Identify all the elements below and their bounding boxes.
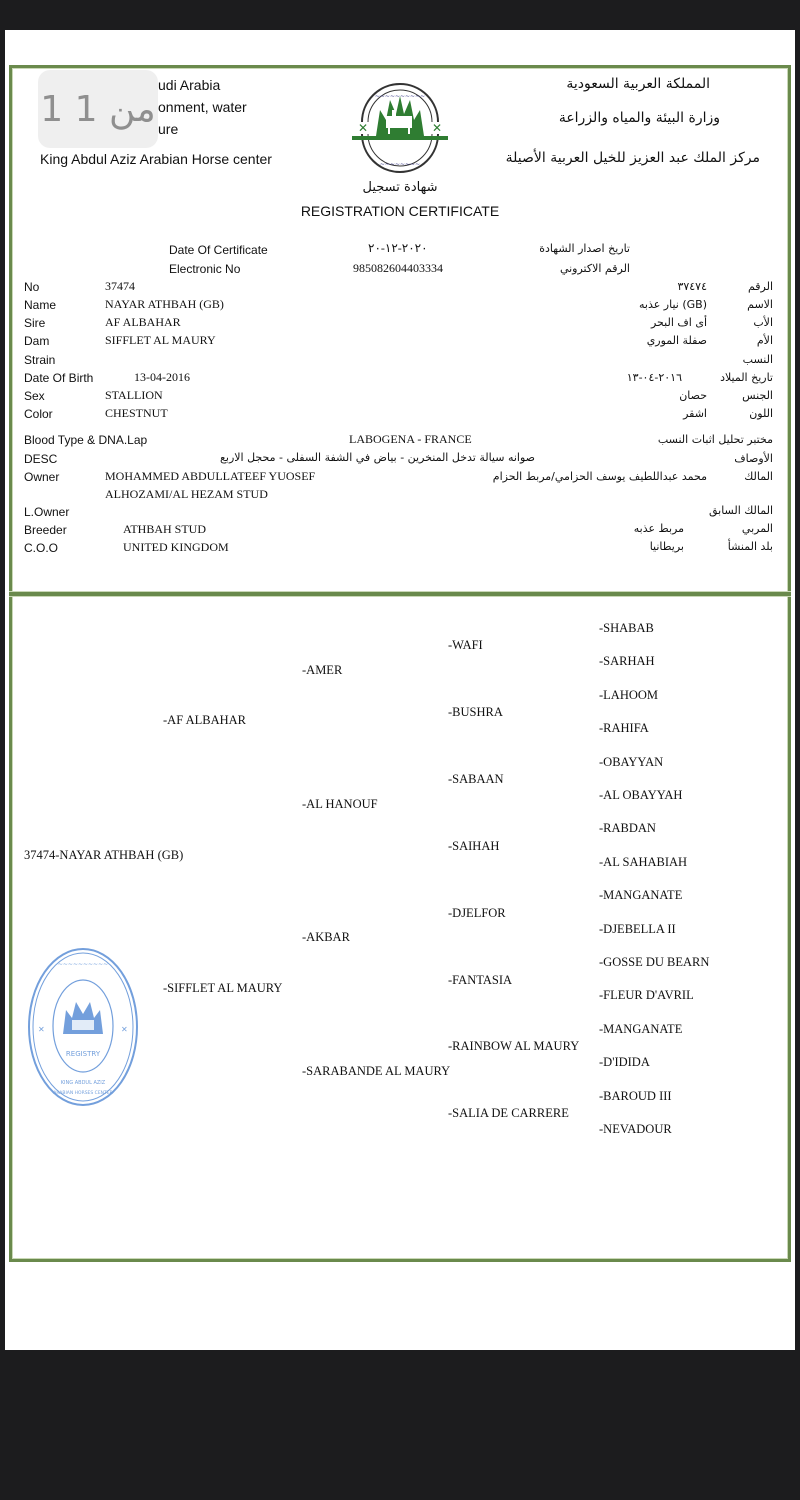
name-label: Name: [24, 298, 56, 312]
pedigree-gen2-item: -AKBAR: [302, 930, 350, 945]
coo-value: UNITED KINGDOM: [123, 540, 229, 555]
desc-label: DESC: [24, 452, 57, 466]
pedigree-gen2-item: -SARABANDE AL MAURY: [302, 1064, 450, 1079]
desc-value-ar: صوانه سيالة تدخل المنخرين - بياض في الشف…: [220, 451, 535, 464]
blood-type-label-ar: مختبر تحليل اثبات النسب: [658, 433, 773, 446]
section-divider: [9, 592, 791, 596]
pedigree-gen3-item: -BUSHRA: [448, 705, 503, 720]
title-en: REGISTRATION CERTIFICATE: [0, 203, 800, 219]
pedigree-gen4-item: -BAROUD III: [599, 1089, 672, 1104]
pedigree-gen3-item: -WAFI: [448, 638, 483, 653]
sex-label-ar: الجنس: [742, 389, 773, 402]
no-value: 37474: [105, 279, 135, 294]
date-of-certificate-label: Date Of Certificate: [169, 243, 268, 257]
dam-label: Dam: [24, 334, 49, 348]
breeder-value: ATHBAH STUD: [123, 522, 206, 537]
pedigree-subject: 37474-NAYAR ATHBAH (GB): [24, 848, 183, 863]
pedigree-gen4-item: -AL SAHABIAH: [599, 855, 687, 870]
pedigree-gen4-item: -D'IDIDA: [599, 1055, 650, 1070]
svg-text:✕: ✕: [358, 121, 368, 135]
header-en-line-2: onment, water: [158, 99, 247, 115]
owner-value-line-2: ALHOZAMI/AL HEZAM STUD: [105, 487, 268, 502]
color-label: Color: [24, 407, 53, 421]
pedigree-gen3-item: -RAINBOW AL MAURY: [448, 1039, 579, 1054]
color-label-ar: اللون: [749, 407, 773, 420]
coo-value-ar: بريطانيا: [650, 540, 684, 553]
header-ar-line-1: المملكة العربية السعودية: [566, 76, 710, 92]
header-en-line-3: ure: [158, 121, 178, 137]
no-label: No: [24, 280, 39, 294]
pedigree-gen4-item: -GOSSE DU BEARN: [599, 955, 709, 970]
owner-label: Owner: [24, 470, 59, 484]
blood-type-label: Blood Type & DNA.Lap: [24, 433, 147, 447]
pedigree-gen4-item: -SARHAH: [599, 654, 655, 669]
pedigree-gen1-item: -AF ALBAHAR: [163, 713, 246, 728]
name-value: NAYAR ATHBAH (GB): [105, 297, 224, 312]
pedigree-gen4-item: -MANGANATE: [599, 888, 682, 903]
svg-text:KING ABDUL AZIZ: KING ABDUL AZIZ: [61, 1080, 106, 1086]
svg-text:✕: ✕: [38, 1025, 45, 1034]
blood-type-value: LABOGENA - FRANCE: [349, 432, 472, 447]
svg-text:~~~~~~~~: ~~~~~~~~: [380, 161, 420, 168]
sex-value: STALLION: [105, 388, 163, 403]
svg-text:✕: ✕: [432, 121, 442, 135]
strain-label: Strain: [24, 353, 55, 367]
owner-label-ar: المالك: [744, 470, 773, 483]
sire-value-ar: أى اف البحر: [651, 316, 707, 329]
sire-label: Sire: [24, 316, 45, 330]
pedigree-gen1-item: -SIFFLET AL MAURY: [163, 981, 282, 996]
page-indicator-badge: 1 من 1: [38, 70, 158, 148]
header-en-center-name: King Abdul Aziz Arabian Horse center: [40, 151, 272, 167]
svg-text:✕: ✕: [121, 1025, 128, 1034]
date-of-certificate-label-ar: تاريخ اصدار الشهادة: [539, 242, 630, 255]
pedigree-gen4-item: -NEVADOUR: [599, 1122, 672, 1137]
pedigree-gen4-item: -DJEBELLA II: [599, 922, 676, 937]
date-of-certificate-value: ٢٠٢٠-١٢-٢٠: [368, 241, 428, 256]
breeder-label: Breeder: [24, 523, 67, 537]
pedigree-gen3-item: -FANTASIA: [448, 973, 512, 988]
header-ar-line-3: مركز الملك عبد العزيز للخيل العربية الأص…: [506, 150, 760, 166]
svg-text:ARABIAN HORSES CENTER: ARABIAN HORSES CENTER: [53, 1090, 113, 1096]
dam-value-ar: صفلة الموري: [647, 334, 707, 347]
pedigree-gen4-item: -AL OBAYYAH: [599, 788, 682, 803]
pedigree-gen4-item: -LAHOOM: [599, 688, 658, 703]
no-value-ar: ٣٧٤٧٤: [677, 280, 707, 293]
svg-text:~~~~~~~~~~: ~~~~~~~~~~: [58, 961, 108, 968]
l-owner-label: L.Owner: [24, 505, 69, 519]
sire-label-ar: الأب: [753, 316, 773, 329]
pedigree-gen2-item: -AL HANOUF: [302, 797, 378, 812]
header-ar-line-2: وزارة البيئة والمياه والزراعة: [559, 110, 720, 126]
pedigree-gen3-item: -SALIA DE CARRERE: [448, 1106, 569, 1121]
name-label-ar: الاسم: [747, 298, 773, 311]
sex-label: Sex: [24, 389, 45, 403]
sex-value-ar: حصان: [679, 389, 707, 402]
dam-label-ar: الأم: [757, 334, 773, 347]
coo-label: C.O.O: [24, 541, 58, 555]
pedigree-gen2-item: -AMER: [302, 663, 342, 678]
pedigree-gen4-item: -MANGANATE: [599, 1022, 682, 1037]
color-value-ar: اشقر: [683, 407, 707, 420]
pedigree-gen4-item: -OBAYYAN: [599, 755, 663, 770]
electronic-no-value: 985082604403334: [353, 261, 443, 276]
pedigree-gen3-item: -DJELFOR: [448, 906, 506, 921]
dob-label: Date Of Birth: [24, 371, 93, 385]
color-value: CHESTNUT: [105, 406, 168, 421]
owner-value-ar: محمد عبداللطيف يوسف الحزامي/مربط الحزام: [493, 470, 707, 483]
owner-value-line-1: MOHAMMED ABDULLATEEF YUOSEF: [105, 469, 315, 484]
breeder-value-ar: مربط عذبه: [634, 522, 684, 535]
pedigree-gen3-item: -SAIHAH: [448, 839, 499, 854]
registry-stamp-icon: REGISTRY ✕ ✕ ~~~~~~~~~~ KING ABDUL AZIZ …: [26, 946, 140, 1108]
l-owner-label-ar: المالك السابق: [709, 504, 773, 517]
pedigree-gen4-item: -RABDAN: [599, 821, 656, 836]
pedigree-gen4-item: -FLEUR D'AVRIL: [599, 988, 694, 1003]
pedigree-gen3-item: -SABAAN: [448, 772, 504, 787]
dob-value: 13-04-2016: [134, 370, 190, 385]
name-value-ar: (GB) نيار عذبه: [639, 298, 707, 311]
title-ar: شهادة تسجيل: [0, 180, 800, 195]
coo-label-ar: بلد المنشأ: [728, 540, 773, 553]
header-en-line-1: udi Arabia: [158, 77, 220, 93]
pedigree-gen4-item: -RAHIFA: [599, 721, 649, 736]
electronic-no-label: Electronic No: [169, 262, 240, 276]
dam-value: SIFFLET AL MAURY: [105, 333, 216, 348]
sire-value: AF ALBAHAR: [105, 315, 181, 330]
dob-value-ar: ٢٠١٦-٠٤-١٣: [627, 371, 682, 384]
dob-label-ar: تاريخ الميلاد: [720, 371, 773, 384]
svg-text:REGISTRY: REGISTRY: [66, 1050, 101, 1058]
desc-label-ar: الأوصاف: [734, 452, 773, 465]
no-label-ar: الرقم: [748, 280, 773, 293]
ministry-logo-icon: ~~~~~~~~~~ ✕ ✕ ~~~~~~~~: [348, 70, 452, 180]
strain-label-ar: النسب: [743, 353, 773, 366]
electronic-no-label-ar: الرقم الاكتروني: [560, 262, 630, 275]
pedigree-gen4-item: -SHABAB: [599, 621, 654, 636]
breeder-label-ar: المربي: [742, 522, 773, 535]
